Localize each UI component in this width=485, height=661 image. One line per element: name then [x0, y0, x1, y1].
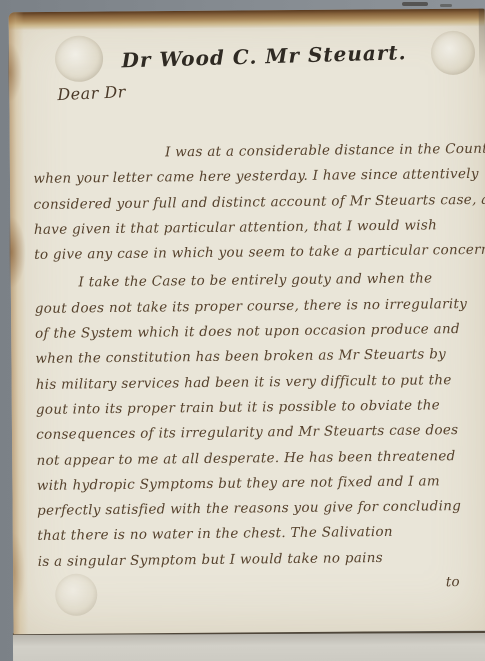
paragraph: I was at a considerable distance in the … [33, 137, 478, 269]
next-leaf-edge [13, 631, 485, 661]
scan-debris [402, 2, 428, 6]
book-top-edge [9, 9, 485, 31]
embossed-stamp-top-left [55, 36, 103, 82]
embossed-stamp-top-right [431, 31, 475, 75]
catchword: to [38, 570, 482, 600]
letter-body: I was at a considerable distance in the … [33, 137, 482, 600]
letter-heading: Dr Wood C. Mr Steuart. [119, 40, 410, 72]
letter-salutation: Dear Dr [57, 82, 126, 104]
letter-page: Dr Wood C. Mr Steuart. Dear Dr I was at … [9, 9, 485, 635]
page-edge-shadow [479, 9, 485, 79]
paragraph: I take the Case to be entirely gouty and… [34, 266, 481, 575]
text-line: to give any case in which you seem to ta… [34, 238, 478, 268]
scan-debris [440, 4, 452, 7]
book-left-edge [9, 12, 29, 634]
scanned-letter-page: Dr Wood C. Mr Steuart. Dear Dr I was at … [0, 0, 485, 661]
